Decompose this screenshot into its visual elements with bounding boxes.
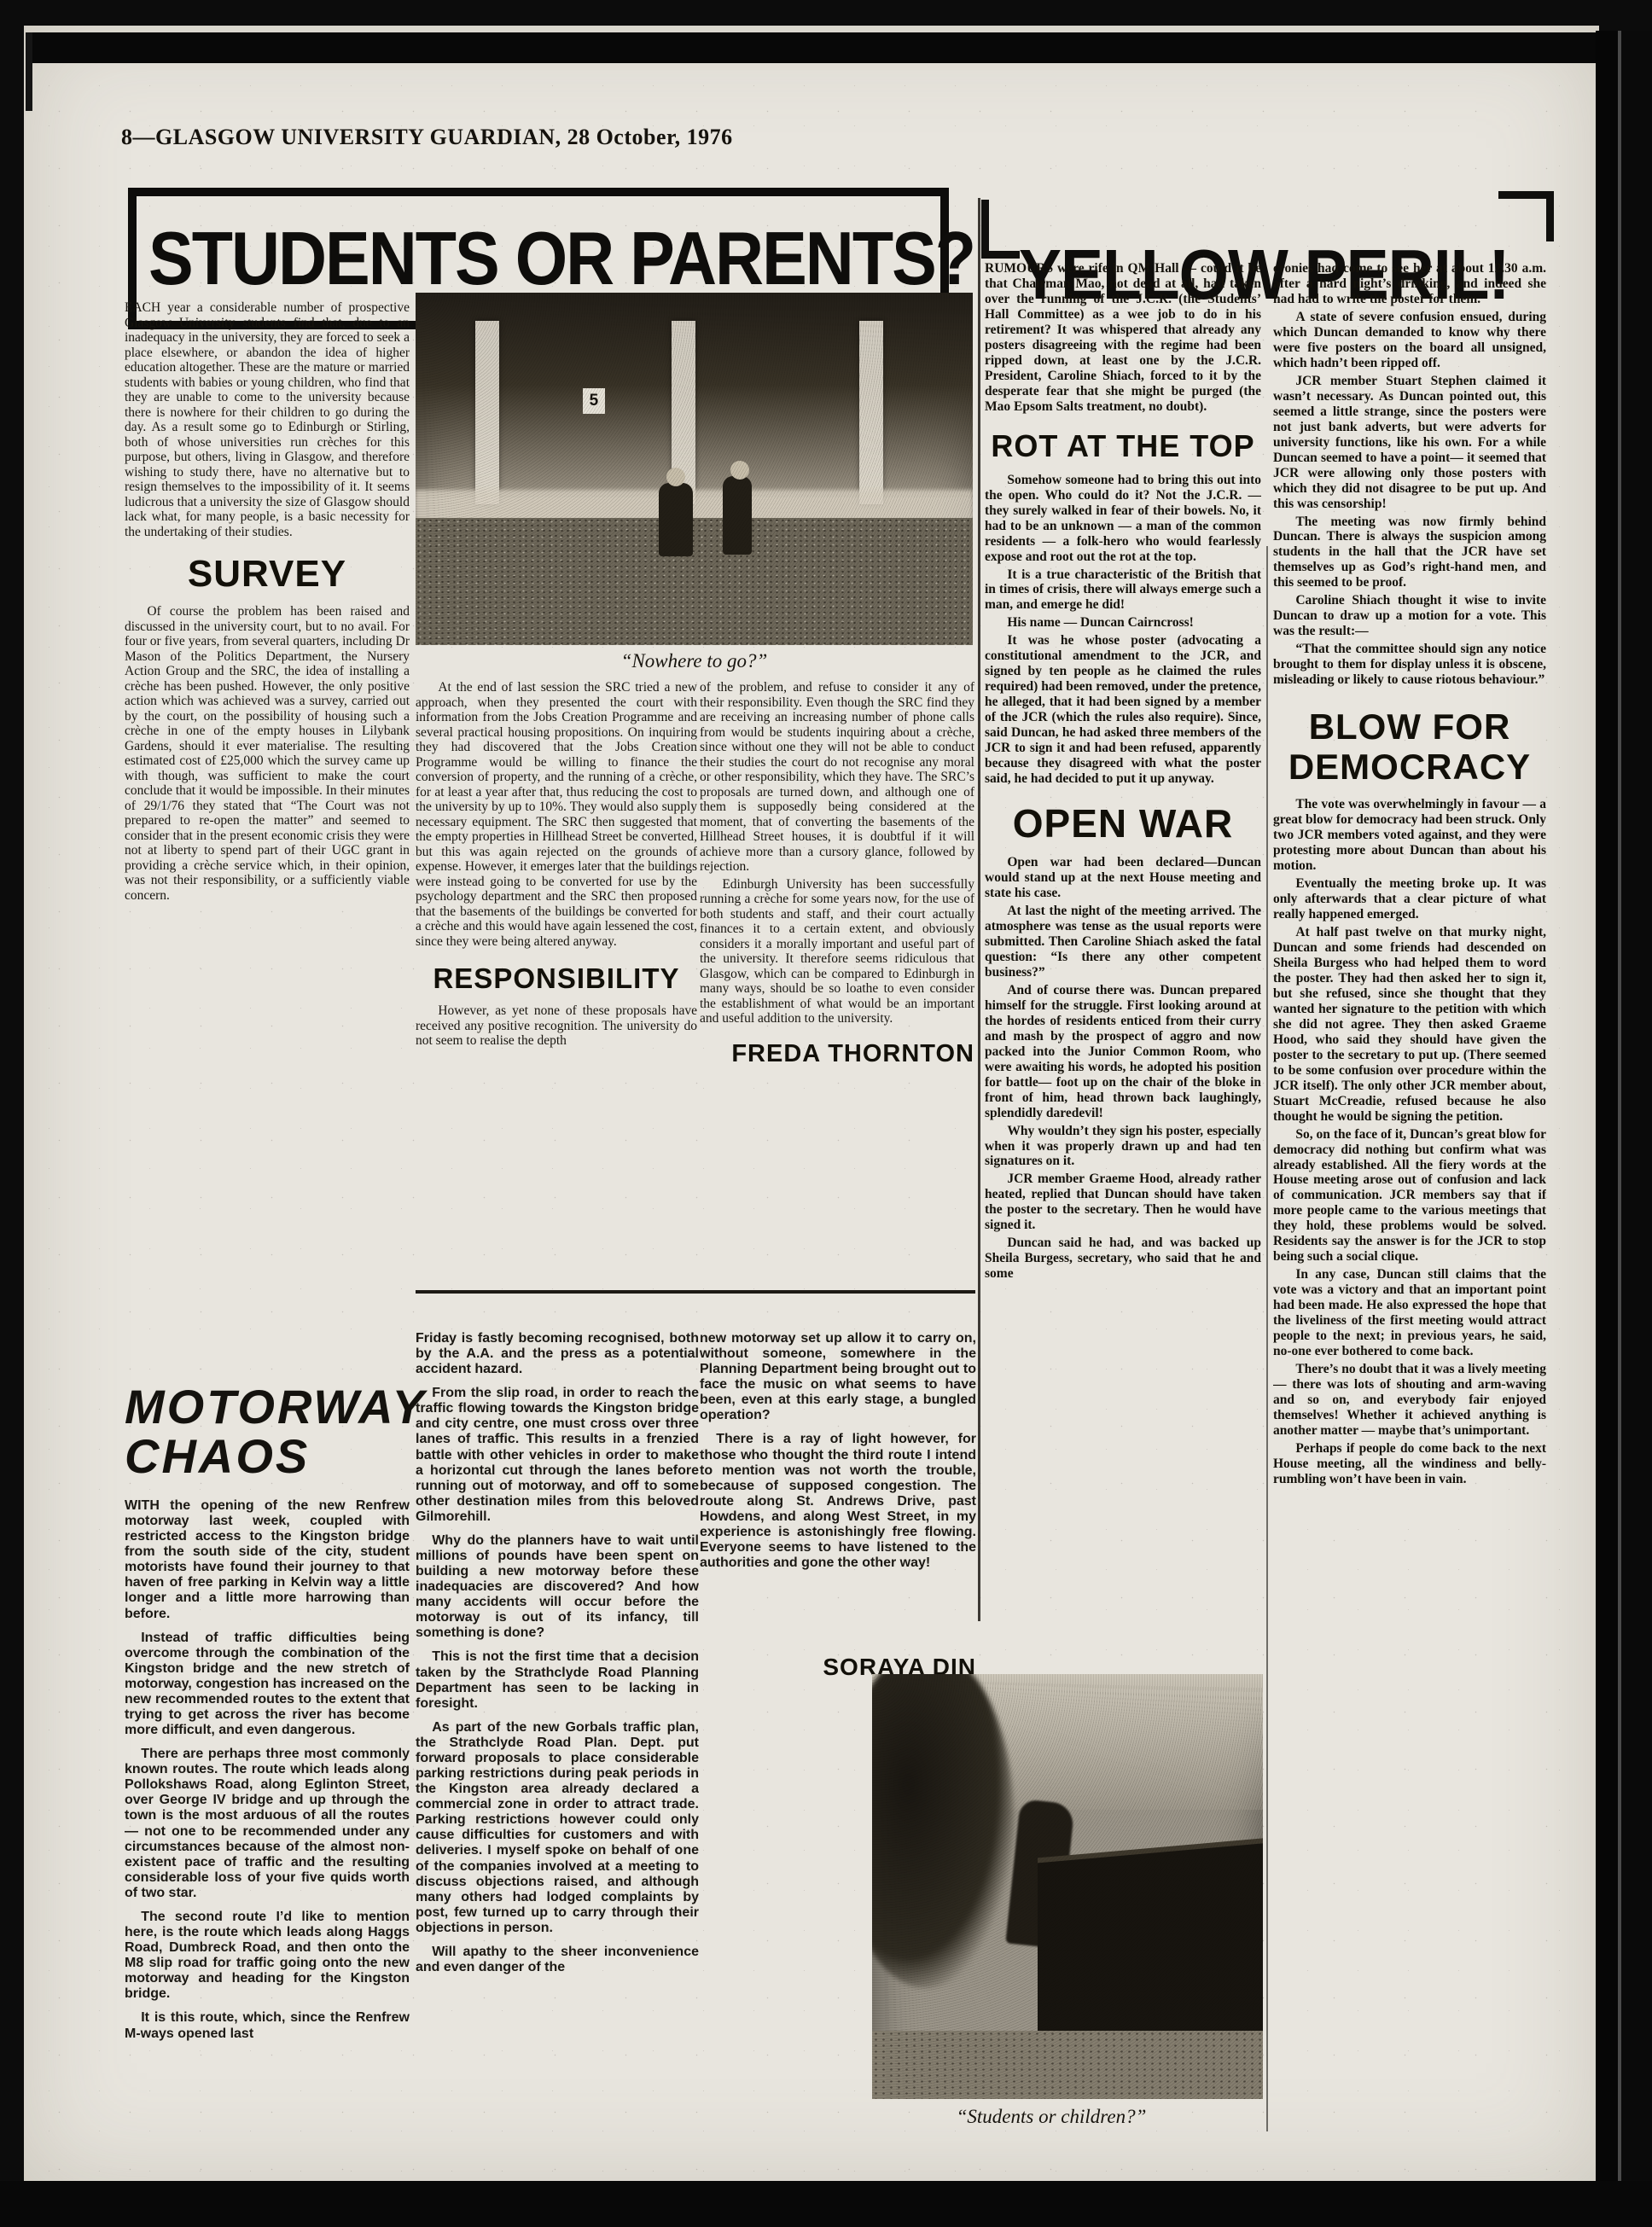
article-paragraph: From the slip road, in order to reach th… [416, 1386, 699, 1525]
masthead: 8—GLASGOW UNIVERSITY GUARDIAN, 28 Octobe… [121, 125, 889, 150]
article-paragraph: “That the committee should sign any noti… [1273, 642, 1546, 688]
article-paragraph: new motorway set up allow it to carry on… [700, 1331, 976, 1423]
scan-edge-right [1596, 31, 1652, 2227]
article-paragraph: Friday is fastly becoming recognised, bo… [416, 1331, 699, 1377]
article-paragraph: There is a ray of light however, for tho… [700, 1432, 976, 1571]
motorway-chaos-headline: MOTORWAY CHAOS [125, 1382, 432, 1480]
article-paragraph: There are perhaps three most commonly kn… [125, 1747, 410, 1901]
byline-freda-thornton: FREDA THORNTON [700, 1040, 974, 1068]
article-paragraph: Will apathy to the sheer inconvenience a… [416, 1945, 699, 1975]
article-paragraph: Perhaps if people do come back to the ne… [1273, 1441, 1546, 1487]
article-paragraph: Instead of traffic difficulties being ov… [125, 1631, 410, 1739]
students-column-1: EACH year a considerable number of prosp… [125, 300, 410, 1329]
article-paragraph: Edinburgh University has been successful… [700, 877, 974, 1026]
article-paragraph: RUMOURS were rife in QM Hall — could it … [985, 261, 1261, 415]
students-column-3: of the problem, and refuse to consider i… [700, 680, 974, 1289]
article-paragraph: In any case, Duncan still claims that th… [1273, 1267, 1546, 1359]
newspaper-page-scan: 8—GLASGOW UNIVERSITY GUARDIAN, 28 Octobe… [0, 0, 1652, 2227]
vertical-column-rule [1266, 546, 1268, 2131]
article-paragraph: Duncan said he had, and was backed up Sh… [985, 1236, 1261, 1282]
heading-line: BLOW FOR [1309, 706, 1511, 747]
article-paragraph: And of course there was. Duncan prepared… [985, 983, 1261, 1121]
scan-edge-left-mark [26, 32, 32, 111]
photo-halftone-texture [416, 293, 973, 645]
article-paragraph: It is a true characteristic of the Briti… [985, 567, 1261, 613]
yellow-column-2: cronies had come to see her at about 12.… [1273, 261, 1546, 2176]
article-paragraph: This is not the first time that a decisi… [416, 1649, 699, 1711]
article-paragraph: His name — Duncan Cairncross! [985, 615, 1261, 631]
article-paragraph: At last the night of the meeting arrived… [985, 904, 1261, 980]
headline-bracket-left [981, 200, 1020, 259]
article-paragraph: At the end of last session the SRC tried… [416, 680, 697, 949]
article-paragraph: cronies had come to see her at about 12.… [1273, 261, 1546, 307]
porch-photo: 5 [416, 293, 973, 645]
article-paragraph: Of course the problem has been raised an… [125, 604, 410, 903]
article-paragraph: Open war had been declared—Duncan would … [985, 855, 1261, 901]
porch-photo-caption: “Nowhere to go?” [416, 650, 973, 672]
article-paragraph: There’s no doubt that it was a lively me… [1273, 1362, 1546, 1439]
article-paragraph: of the problem, and refuse to consider i… [700, 680, 974, 875]
article-paragraph: So, on the face of it, Duncan’s great bl… [1273, 1127, 1546, 1265]
article-paragraph: WITH the opening of the new Renfrew moto… [125, 1498, 410, 1622]
article-paragraph: JCR member Graeme Hood, already rather h… [985, 1172, 1261, 1233]
survey-heading: SURVEY [125, 553, 410, 596]
article-paragraph: A state of severe confusion ensued, duri… [1273, 310, 1546, 371]
motorway-column-3: new motorway set up allow it to carry on… [700, 1331, 976, 1654]
article-paragraph: As part of the new Gorbals traffic plan,… [416, 1720, 699, 1936]
horizontal-rule [416, 1290, 975, 1294]
motorway-column-1: WITH the opening of the new Renfrew moto… [125, 1498, 410, 2178]
photo-halftone-texture [872, 1674, 1263, 2099]
responsibility-heading: RESPONSIBILITY [416, 962, 697, 995]
piano-photo [872, 1674, 1263, 2099]
motorway-column-2: Friday is fastly becoming recognised, bo… [416, 1331, 699, 2179]
scan-edge-bottom [0, 2181, 1652, 2227]
article-paragraph: The vote was overwhelmingly in favour — … [1273, 797, 1546, 874]
article-paragraph: The meeting was now firmly behind Duncan… [1273, 515, 1546, 591]
article-paragraph: EACH year a considerable number of prosp… [125, 300, 410, 539]
article-paragraph: At half past twelve on that murky night,… [1273, 925, 1546, 1125]
scan-edge-top [31, 32, 1603, 63]
students-headline: STUDENTS OR PARENTS? [137, 214, 974, 302]
students-column-2: At the end of last session the SRC tried… [416, 680, 697, 1286]
article-paragraph: Why wouldn’t they sign his poster, espec… [985, 1124, 1261, 1170]
blow-for-democracy-heading: BLOW FOR DEMOCRACY [1273, 706, 1546, 787]
open-war-heading: OPEN WAR [985, 800, 1261, 846]
yellow-column-1: RUMOURS were rife in QM Hall — could it … [985, 261, 1261, 1626]
article-paragraph: Why do the planners have to wait until m… [416, 1533, 699, 1642]
headline-line: CHAOS [125, 1429, 310, 1483]
article-paragraph: However, as yet none of these proposals … [416, 1003, 697, 1049]
piano-photo-caption: “Students or children?” [872, 2106, 1230, 2128]
article-paragraph: The second route I’d like to mention her… [125, 1910, 410, 2002]
article-paragraph: It is this route, which, since the Renfr… [125, 2010, 410, 2041]
article-paragraph: Eventually the meeting broke up. It was … [1273, 876, 1546, 922]
rot-at-the-top-heading: ROT AT THE TOP [985, 428, 1261, 464]
article-paragraph: It was he whose poster (advocating a con… [985, 633, 1261, 787]
article-paragraph: Somehow someone had to bring this out in… [985, 473, 1261, 565]
headline-line: MOTORWAY [125, 1380, 427, 1433]
article-paragraph: JCR member Stuart Stephen claimed it was… [1273, 374, 1546, 512]
heading-line: DEMOCRACY [1288, 747, 1531, 787]
article-paragraph: Caroline Shiach thought it wise to invit… [1273, 593, 1546, 639]
vertical-column-rule [978, 198, 980, 1621]
